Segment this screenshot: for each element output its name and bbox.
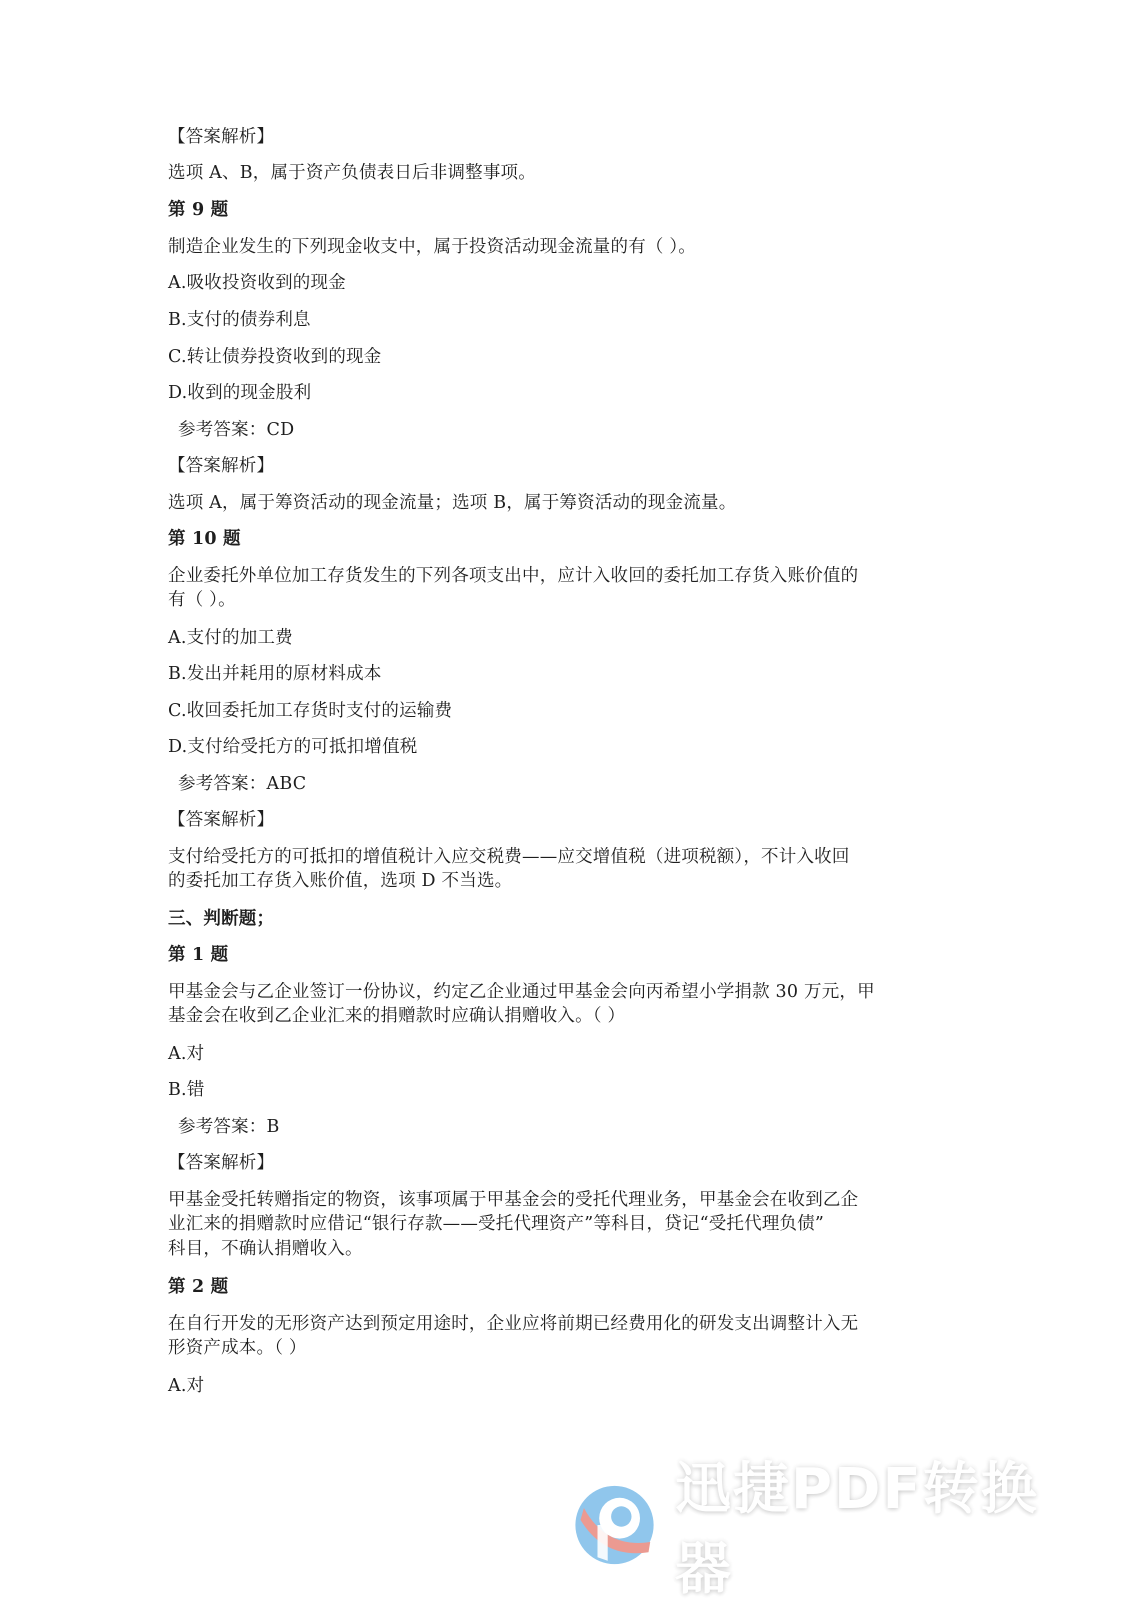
text-line: 科目，不确认捐赠收入。	[168, 1236, 363, 1262]
text-line: 基金会在收到乙企业汇来的捐赠款时应确认捐赠收入。（ ）	[168, 1003, 625, 1029]
text-line: C.收回委托加工存货时支付的运输费	[168, 698, 452, 724]
section-heading: 第 9 题	[168, 197, 228, 223]
text-line: B.错	[168, 1077, 205, 1103]
text-line: 甲基金会与乙企业签订一份协议，约定乙企业通过甲基金会向丙希望小学捐款 30 万元…	[168, 979, 875, 1005]
pdf-converter-logo-icon	[572, 1482, 657, 1568]
text-line: 在自行开发的无形资产达到预定用途时，企业应将前期已经费用化的研发支出调整计入无	[168, 1311, 858, 1337]
text-line: A.支付的加工费	[168, 625, 293, 651]
text-line: 【答案解析】	[168, 1150, 274, 1176]
text-line: 形资产成本。（ ）	[168, 1335, 307, 1361]
text-line: 【答案解析】	[168, 453, 274, 479]
text-line: D.支付给受托方的可抵扣增值税	[168, 734, 417, 760]
section-heading: 第 1 题	[168, 942, 228, 968]
text-line: A.对	[168, 1041, 204, 1067]
text-line: A.吸收投资收到的现金	[168, 270, 346, 296]
text-line: 选项 A、B，属于资产负债表日后非调整事项。	[168, 160, 536, 186]
section-heading: 第 2 题	[168, 1274, 228, 1300]
text-line: 制造企业发生的下列现金收支中，属于投资活动现金流量的有（ ）。	[168, 234, 696, 260]
text-line: B.发出并耗用的原材料成本	[168, 661, 382, 687]
section-heading: 第 10 题	[168, 526, 241, 552]
text-line: D.收到的现金股利	[168, 380, 311, 406]
text-line: 有（ ）。	[168, 587, 236, 613]
text-line: 参考答案：CD	[178, 417, 294, 443]
text-line: 【答案解析】	[168, 807, 274, 833]
text-line: B.支付的债券利息	[168, 307, 311, 333]
text-line: C.转让债券投资收到的现金	[168, 344, 381, 370]
watermark-text: 迅捷PDF转换器	[675, 1445, 1092, 1600]
text-line: A.对	[168, 1373, 204, 1399]
text-line: 参考答案：B	[178, 1114, 280, 1140]
watermark: 迅捷PDF转换器	[572, 1480, 1092, 1570]
text-line: 选项 A，属于筹资活动的现金流量；选项 B，属于筹资活动的现金流量。	[168, 490, 736, 516]
text-line: 业汇来的捐赠款时应借记“银行存款——受托代理资产”等科目，贷记“受托代理负债”	[168, 1211, 824, 1237]
text-line: 企业委托外单位加工存货发生的下列各项支出中，应计入收回的委托加工存货入账价值的	[168, 563, 858, 589]
text-line: 【答案解析】	[168, 124, 274, 150]
text-line: 参考答案：ABC	[178, 771, 306, 797]
text-line: 甲基金受托转赠指定的物资，该事项属于甲基金会的受托代理业务，甲基金会在收到乙企	[168, 1187, 858, 1213]
section-heading: 三、判断题；	[168, 906, 274, 932]
text-line: 支付给受托方的可抵扣的增值税计入应交税费——应交增值税（进项税额），不计入收回	[168, 844, 850, 870]
text-line: 的委托加工存货入账价值，选项 D 不当选。	[168, 868, 512, 894]
